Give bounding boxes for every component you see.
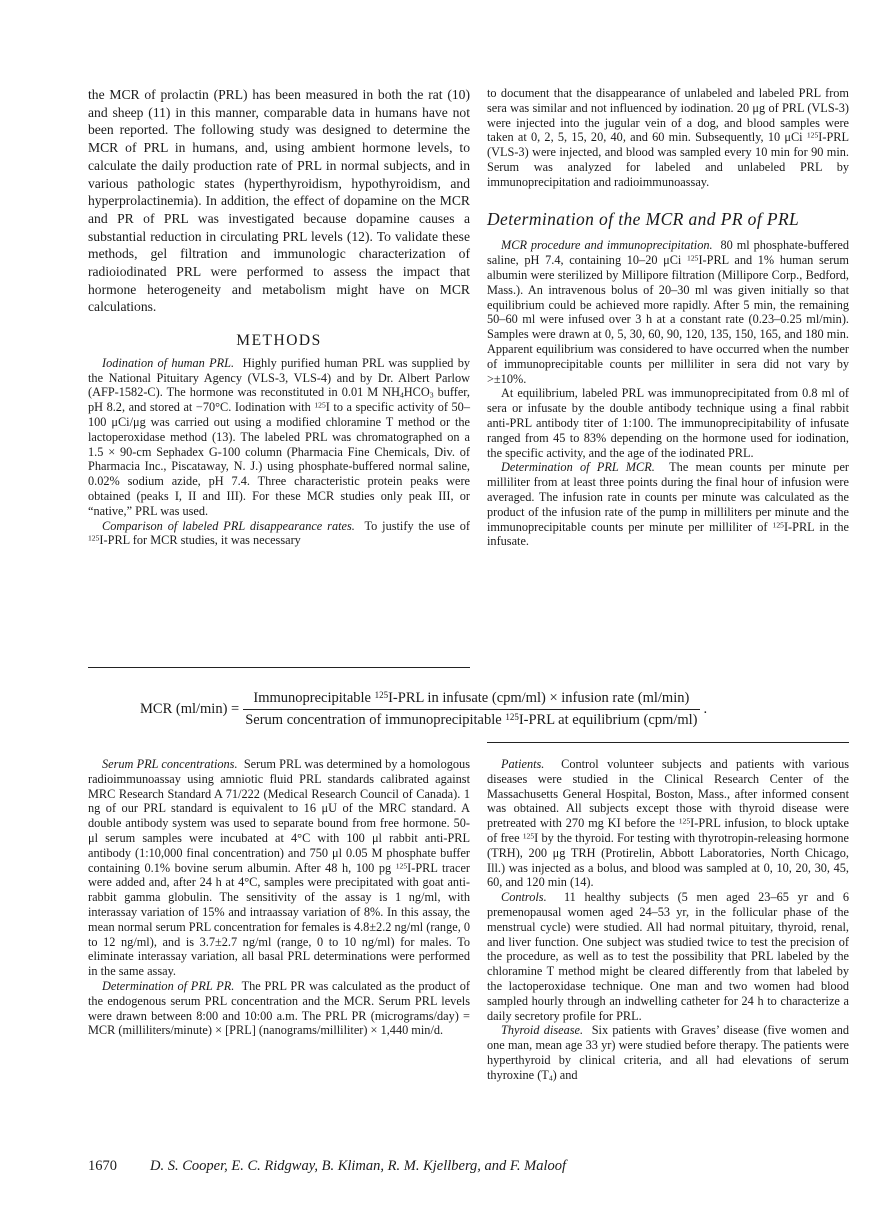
- page-number: 1670: [88, 1158, 150, 1175]
- run-in-heading: Determination of PRL MCR.: [501, 460, 655, 474]
- run-in-heading: Iodination of human PRL.: [102, 356, 234, 370]
- run-in-heading: MCR procedure and immunoprecipitation.: [501, 238, 713, 252]
- left-column-bottom: Serum PRL concentrations. Serum PRL was …: [88, 757, 470, 1038]
- run-in-heading: Patients.: [501, 757, 544, 771]
- run-in-heading: Controls.: [501, 890, 547, 904]
- equation-period: .: [704, 701, 708, 718]
- run-in-heading: Serum PRL concentrations.: [102, 757, 238, 771]
- equilibrium-paragraph: At equilibrium, labeled PRL was immunopr…: [487, 386, 849, 460]
- section-heading: Determination of the MCR and PR of PRL: [487, 212, 849, 227]
- run-in-heading: Thyroid disease.: [501, 1023, 583, 1037]
- right-column-bottom: Patients. Control volunteer subjects and…: [487, 757, 849, 1083]
- page-footer: 1670D. S. Cooper, E. C. Ridgway, B. Klim…: [88, 1158, 566, 1175]
- equation-numerator: Immunoprecipitable 125I-PRL in infusate …: [251, 690, 691, 709]
- serum-prl-paragraph: Serum PRL concentrations. Serum PRL was …: [88, 757, 470, 979]
- continuation-paragraph: to document that the disappearance of un…: [487, 86, 849, 190]
- determination-mcr-paragraph: Determination of PRL MCR. The mean count…: [487, 460, 849, 549]
- thyroid-paragraph: Thyroid disease. Six patients with Grave…: [487, 1023, 849, 1082]
- run-in-heading: Comparison of labeled PRL disappearance …: [102, 519, 355, 533]
- equation-denominator: Serum concentration of immunoprecipitabl…: [243, 710, 699, 729]
- equation-lhs: MCR (ml/min) =: [140, 701, 239, 718]
- left-column-top: the MCR of prolactin (PRL) has been meas…: [88, 86, 470, 548]
- right-column-top: to document that the disappearance of un…: [487, 86, 849, 549]
- intro-paragraph: the MCR of prolactin (PRL) has been meas…: [88, 86, 470, 316]
- comparison-paragraph: Comparison of labeled PRL disappearance …: [88, 519, 470, 549]
- iodination-paragraph: Iodination of human PRL. Highly purified…: [88, 356, 470, 519]
- mcr-procedure-paragraph: MCR procedure and immunoprecipitation. 8…: [487, 238, 849, 386]
- methods-heading: METHODS: [88, 332, 470, 350]
- patients-paragraph: Patients. Control volunteer subjects and…: [487, 757, 849, 890]
- divider-rule-right: [487, 742, 849, 743]
- controls-paragraph: Controls. 11 healthy subjects (5 men age…: [487, 890, 849, 1023]
- running-footer-authors: D. S. Cooper, E. C. Ridgway, B. Kliman, …: [150, 1158, 566, 1174]
- determination-pr-paragraph: Determination of PRL PR. The PRL PR was …: [88, 979, 470, 1038]
- mcr-equation: MCR (ml/min) = Immunoprecipitable 125I-P…: [140, 684, 820, 734]
- equation-fraction: Immunoprecipitable 125I-PRL in infusate …: [243, 690, 699, 729]
- run-in-heading: Determination of PRL PR.: [102, 979, 234, 993]
- divider-rule-left: [88, 667, 470, 668]
